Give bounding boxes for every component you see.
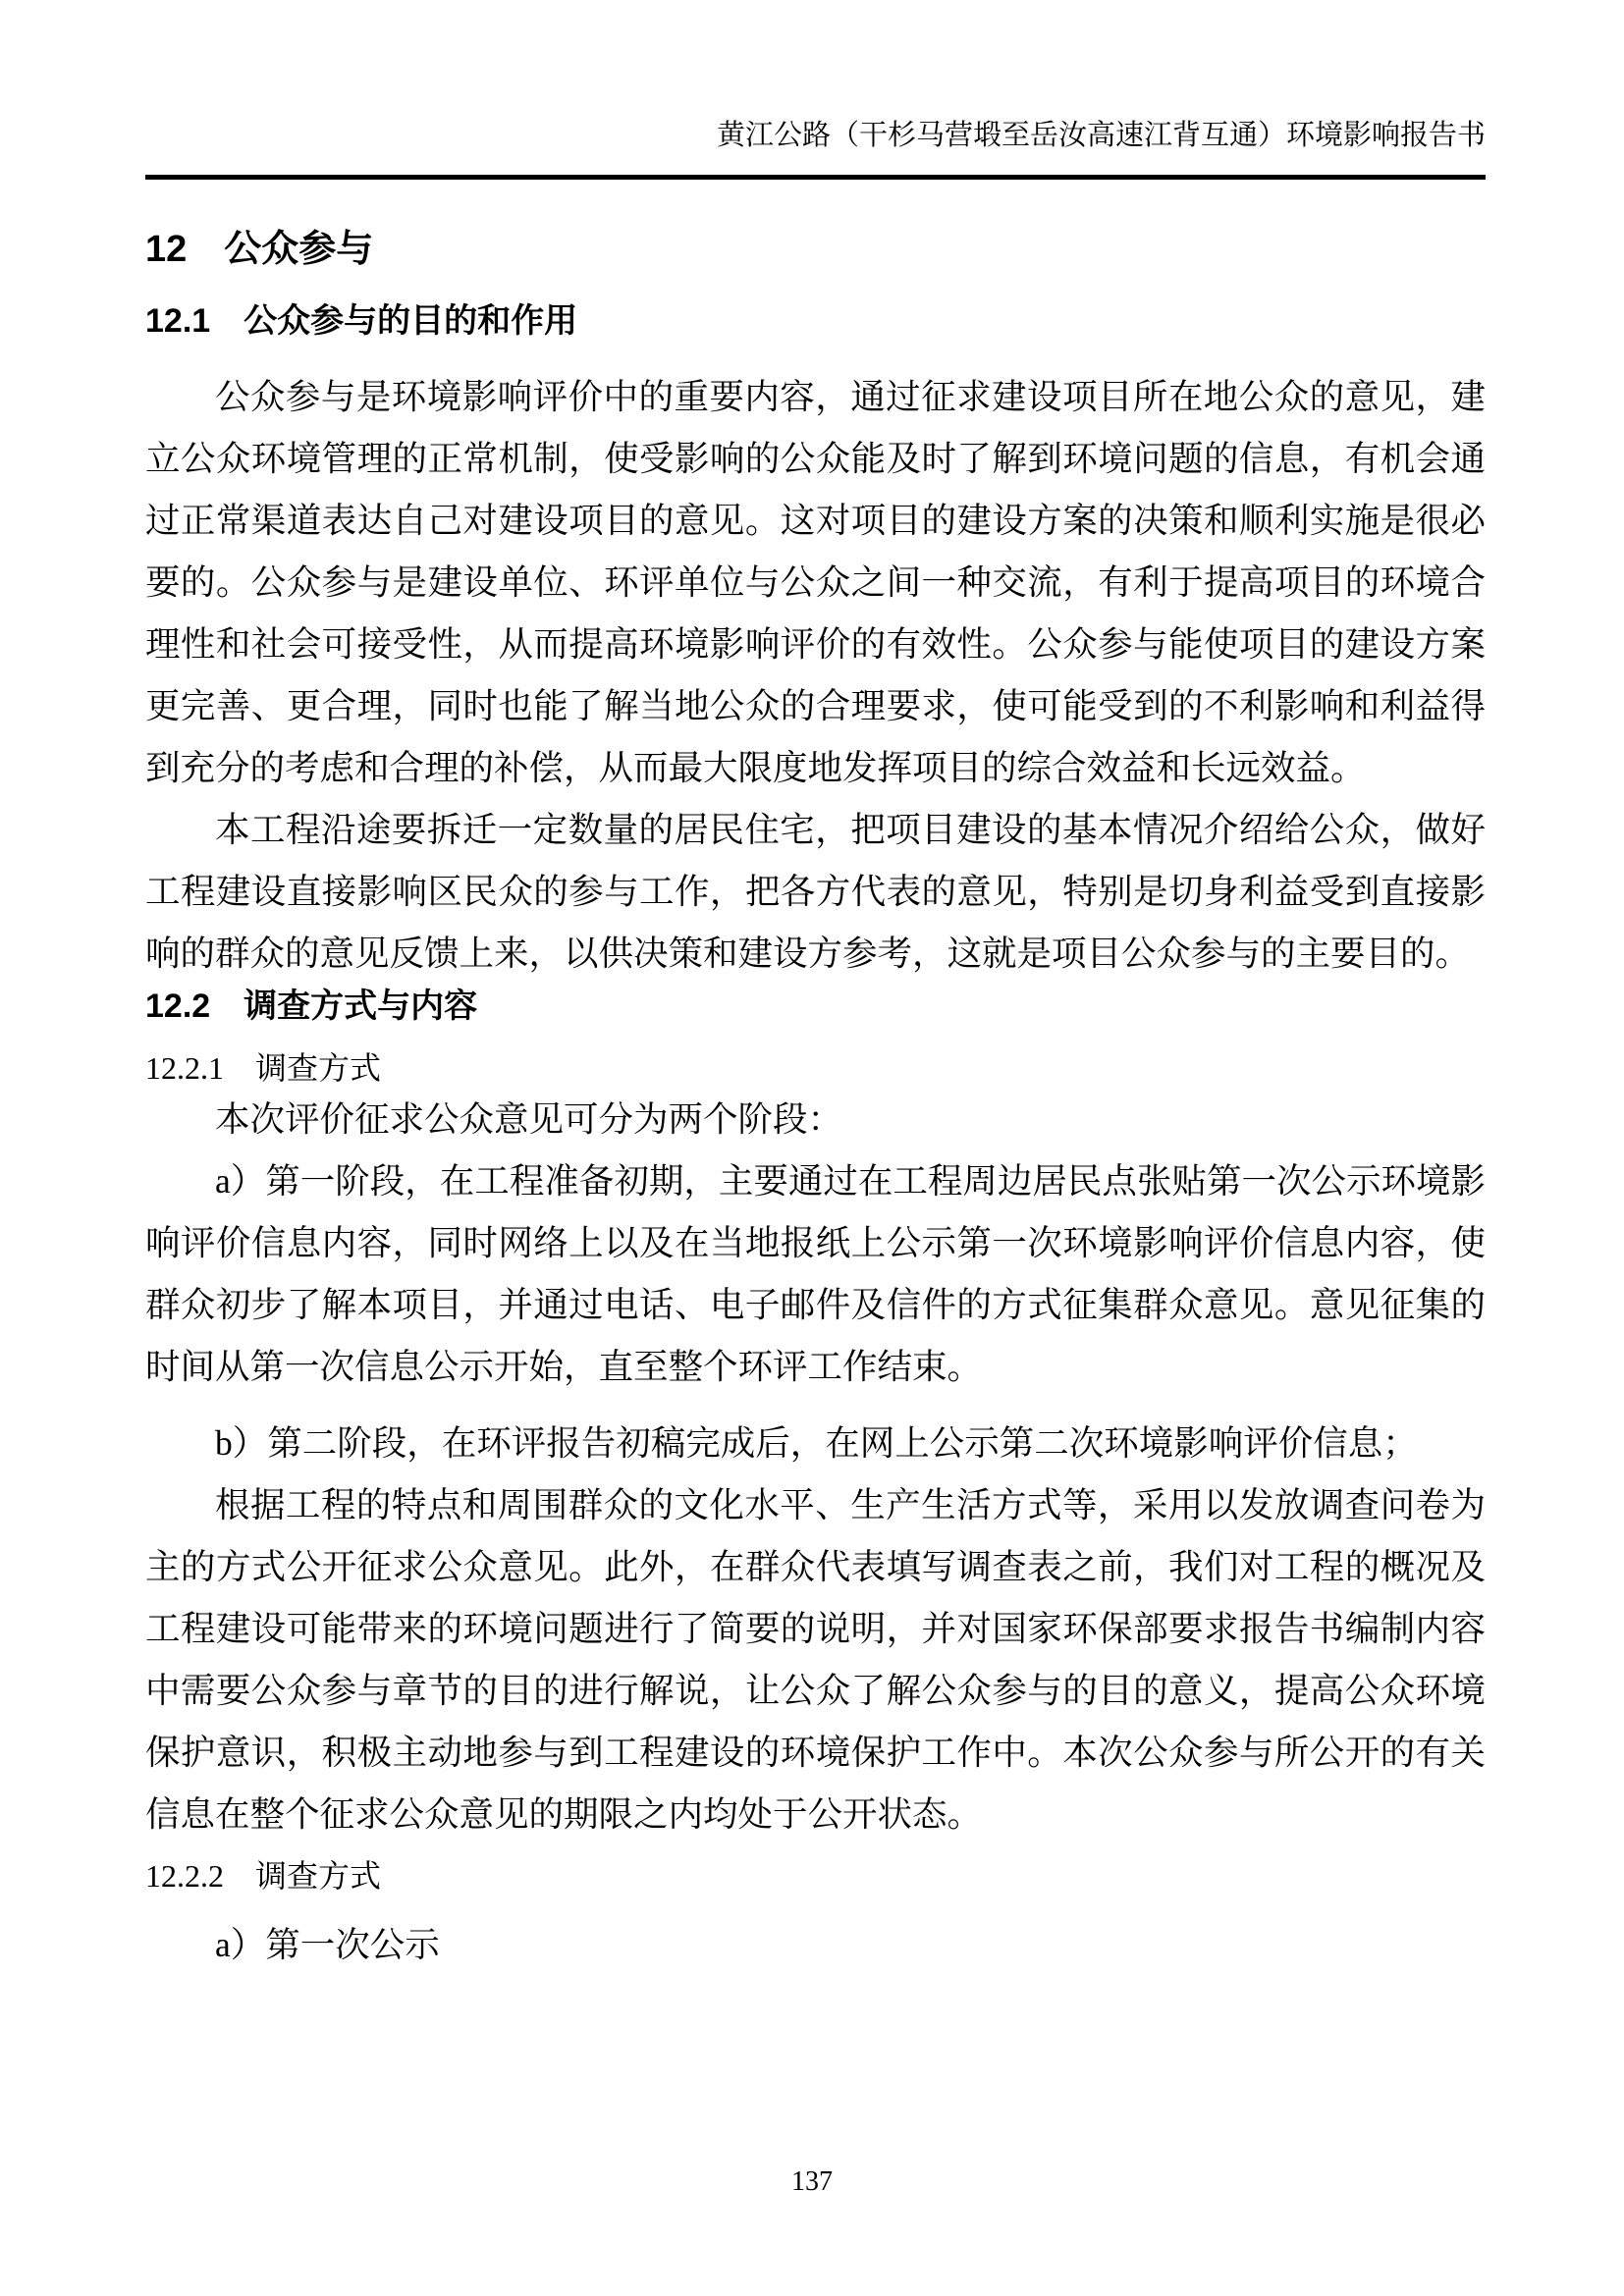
page-number: 137	[0, 2166, 1624, 2198]
running-header: 黄江公路（干杉马营塅至岳汝高速江背互通）环境影响报告书	[145, 0, 1486, 180]
paragraph-first-publicity: a）第一次公示	[145, 1914, 1486, 1976]
page-content: 黄江公路（干杉马营塅至岳汝高速江背互通）环境影响报告书 12 公众参与 12.1…	[145, 0, 1486, 1976]
paragraph-public-participation-purpose: 公众参与是环境影响评价中的重要内容，通过征求建设项目所在地公众的意见，建立公众环…	[145, 366, 1486, 799]
section-heading-12-1: 12.1 公众参与的目的和作用	[145, 299, 1486, 343]
paragraph-questionnaire-method: 根据工程的特点和周围群众的文化水平、生产生活方式等，采用以发放调查问卷为主的方式…	[145, 1474, 1486, 1845]
section-heading-12-2-2: 12.2.2 调查方式	[145, 1855, 1486, 1896]
section-heading-12-2-1: 12.2.1 调查方式	[145, 1047, 1486, 1089]
section-heading-12-2: 12.2 调查方式与内容	[145, 985, 1486, 1028]
document-page: 黄江公路（干杉马营塅至岳汝高速江背互通）环境影响报告书 12 公众参与 12.1…	[0, 0, 1624, 2296]
paragraph-two-stages-intro: 本次评价征求公众意见可分为两个阶段：	[145, 1089, 1486, 1150]
paragraph-resettlement-feedback: 本工程沿途要拆迁一定数量的居民住宅，把项目建设的基本情况介绍给公众，做好工程建设…	[145, 799, 1486, 985]
paragraph-stage-a: a）第一阶段，在工程准备初期，主要通过在工程周边居民点张贴第一次公示环境影响评价…	[145, 1150, 1486, 1398]
paragraph-stage-b: b）第二阶段，在环评报告初稿完成后，在网上公示第二次环境影响评价信息；	[145, 1413, 1486, 1474]
chapter-heading-12: 12 公众参与	[145, 225, 1486, 274]
